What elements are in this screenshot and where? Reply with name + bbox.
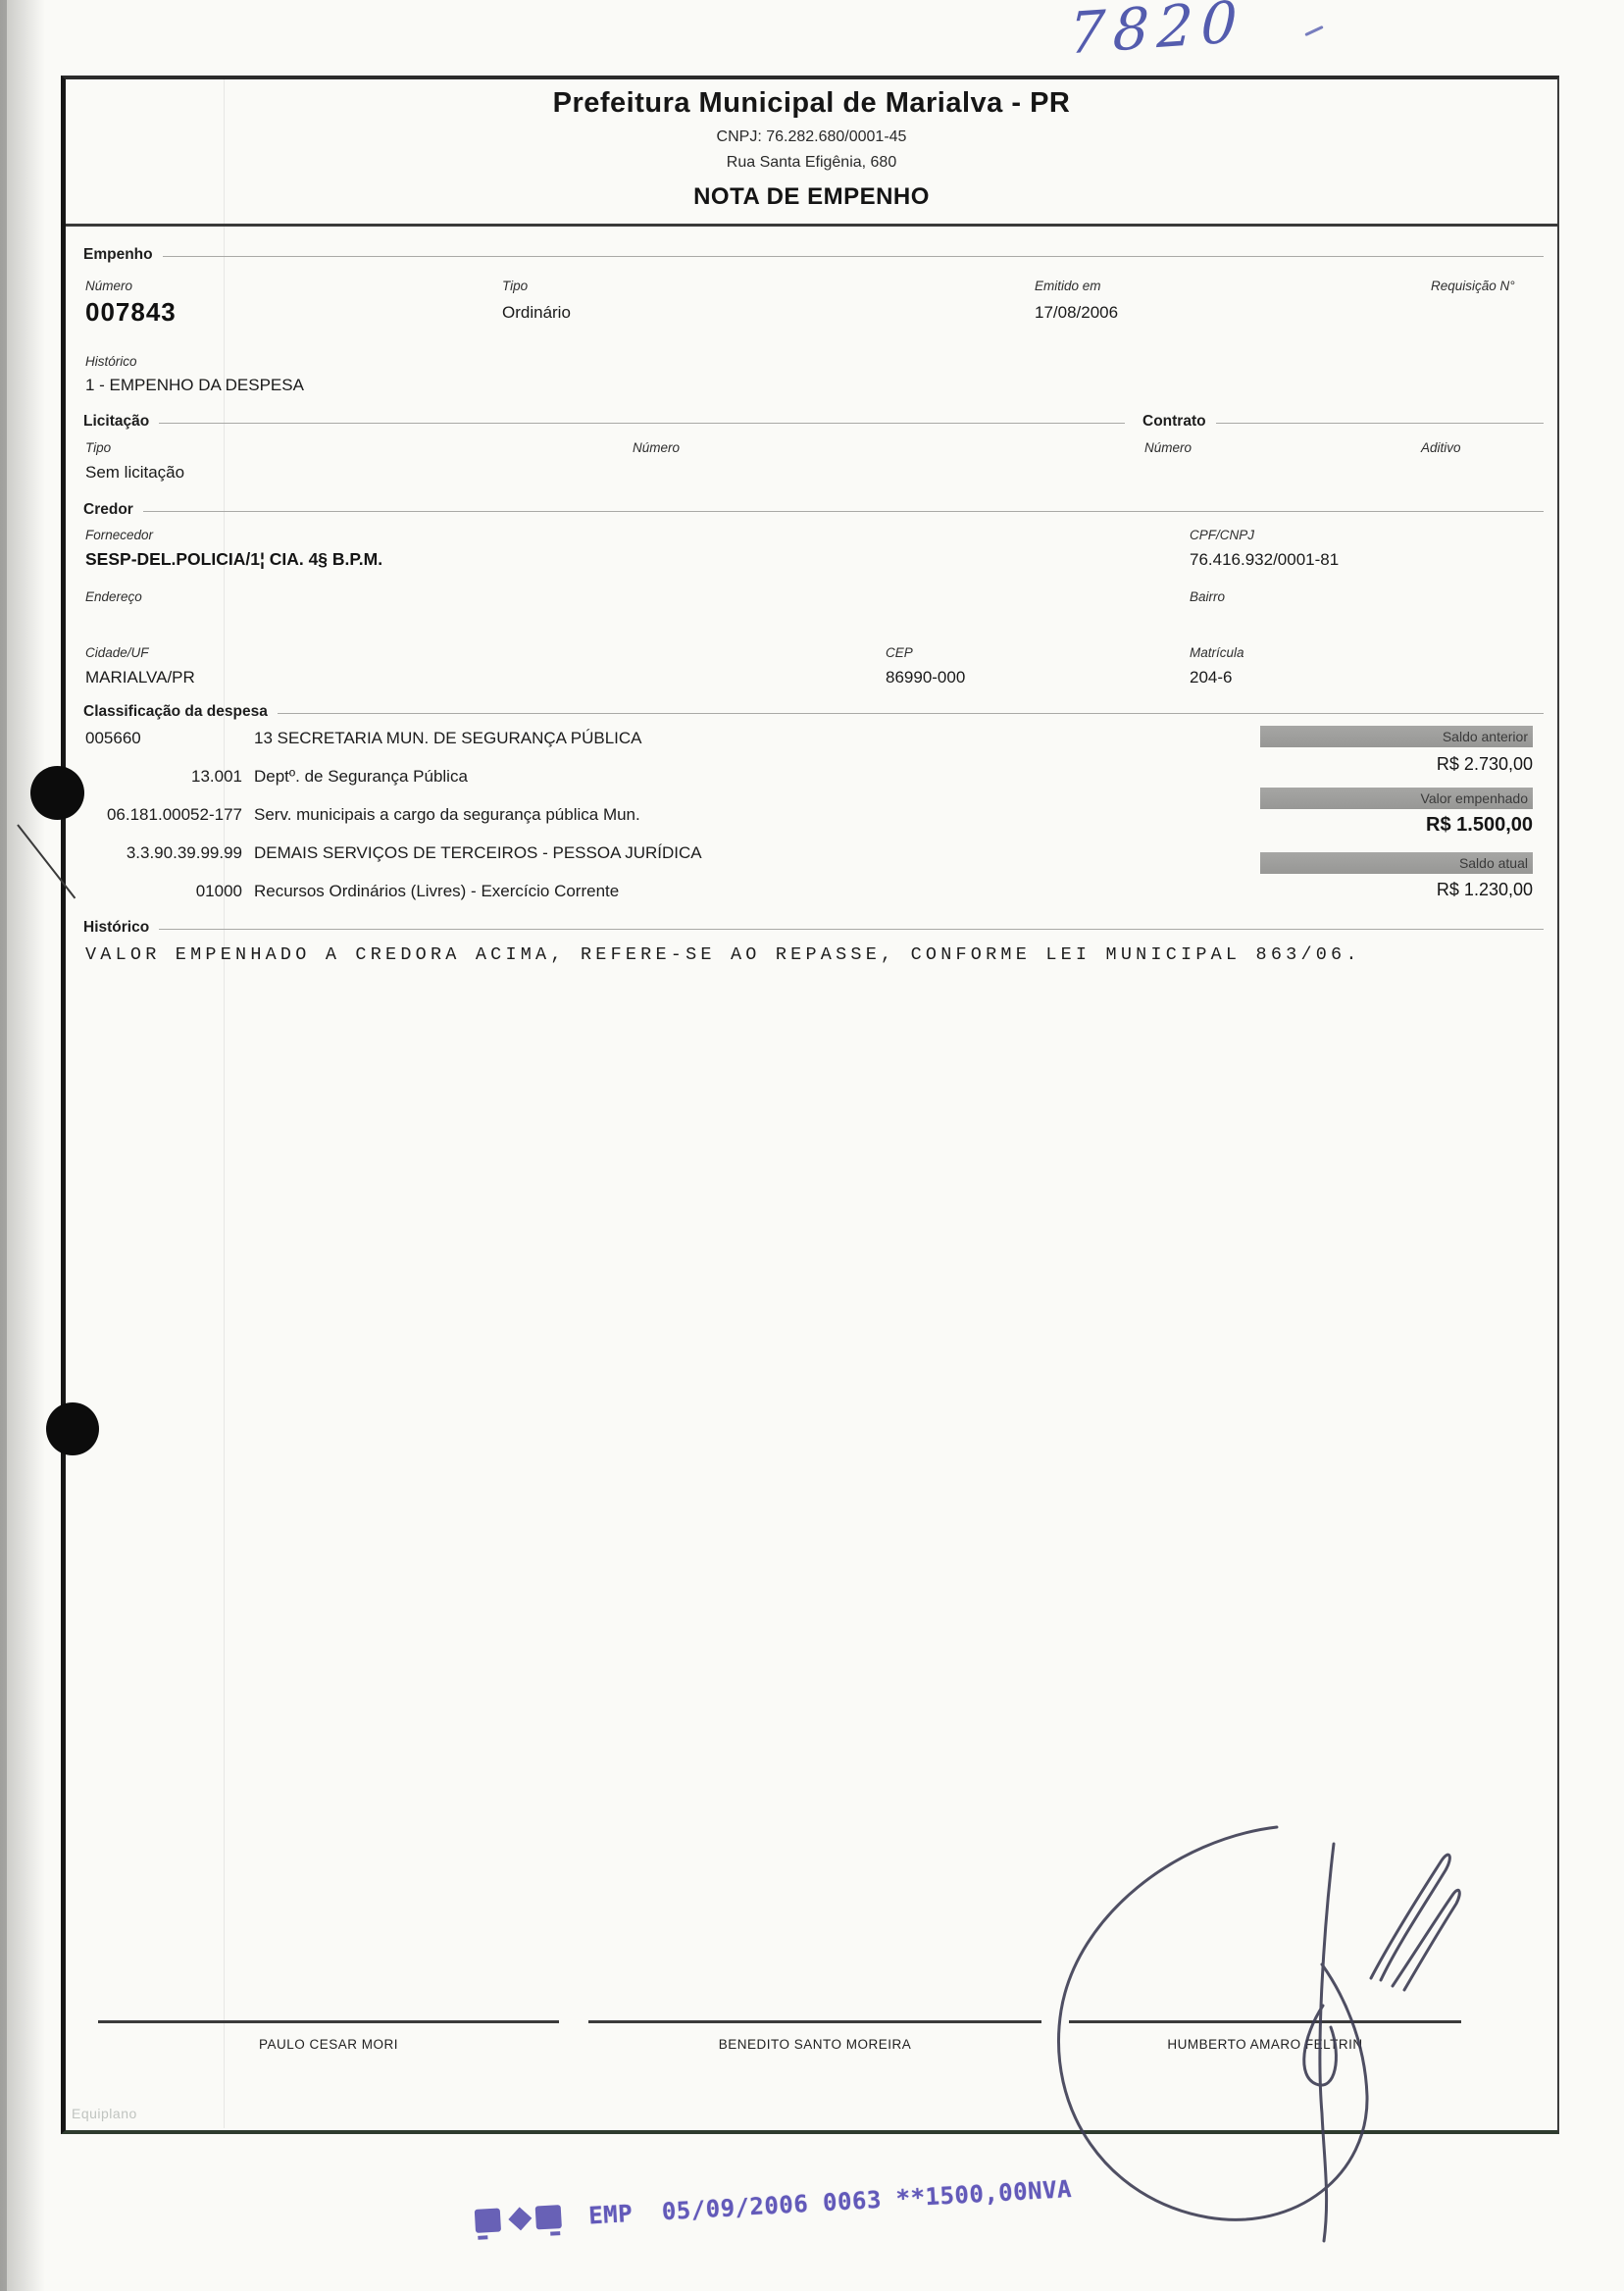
- hole-punch-bottom: [46, 1402, 99, 1455]
- fornecedor-value: SESP-DEL.POLICIA/1¦ CIA. 4§ B.P.M.: [85, 549, 382, 570]
- empenho-numero-label: Número: [85, 279, 132, 293]
- saldo-anterior-bar: Saldo anterior: [1260, 726, 1533, 747]
- header-divider: [66, 224, 1557, 227]
- licitacao-numero-label: Número: [633, 440, 680, 455]
- section-rule: [159, 423, 1125, 424]
- bairro-label: Bairro: [1190, 589, 1225, 604]
- fornecedor-label: Fornecedor: [85, 528, 153, 542]
- cpf-cnpj-value: 76.416.932/0001-81: [1190, 550, 1339, 570]
- section-rule: [1216, 423, 1544, 424]
- section-licitacao-label: Licitação: [83, 413, 149, 431]
- section-historico-label: Histórico: [83, 919, 149, 937]
- contrato-numero-label: Número: [1144, 440, 1192, 455]
- handwritten-number: 7820: [1068, 0, 1246, 67]
- cnpj-line: CNPJ: 76.282.680/0001-45: [66, 128, 1557, 146]
- document-title: NOTA DE EMPENHO: [66, 183, 1557, 211]
- valor-empenhado-value: R$ 1.500,00: [1260, 814, 1533, 837]
- section-contrato-label: Contrato: [1142, 413, 1206, 431]
- section-rule: [159, 929, 1544, 930]
- classification-row-code: 005660: [85, 729, 141, 748]
- section-classificacao: Classificação da despesa: [83, 703, 1544, 721]
- cpf-cnpj-label: CPF/CNPJ: [1190, 528, 1254, 542]
- empenho-historico-value: 1 - EMPENHO DA DESPESA: [85, 376, 304, 395]
- emitido-em-label: Emitido em: [1035, 279, 1101, 293]
- licitacao-tipo-value: Sem licitação: [85, 463, 184, 483]
- classification-row-desc: 13 SECRETARIA MUN. DE SEGURANÇA PÚBLICA: [254, 729, 642, 748]
- empenho-numero-value: 007843: [85, 297, 177, 328]
- hole-punch-top: [30, 766, 84, 820]
- section-credor-label: Credor: [83, 501, 133, 519]
- stamp-logo-icon: [472, 2197, 564, 2243]
- section-rule: [143, 511, 1544, 512]
- classification-row-desc: Serv. municipais a cargo da segurança pú…: [254, 805, 640, 825]
- classification-row-desc: Deptº. de Segurança Pública: [254, 767, 468, 787]
- endereco-label: Endereço: [85, 589, 142, 604]
- section-rule: [278, 713, 1544, 714]
- section-classificacao-label: Classificação da despesa: [83, 703, 268, 721]
- requisicao-label: Requisição N°: [1431, 279, 1515, 293]
- classification-row-desc: DEMAIS SERVIÇOS DE TERCEIROS - PESSOA JU…: [254, 843, 702, 863]
- classification-row-desc: Recursos Ordinários (Livres) - Exercício…: [254, 882, 619, 901]
- section-empenho-label: Empenho: [83, 246, 153, 264]
- section-contrato: Contrato: [1142, 413, 1544, 431]
- signatory-name: BENEDITO SANTO MOREIRA: [588, 2037, 1041, 2052]
- saldo-atual-value: R$ 1.230,00: [1260, 880, 1533, 900]
- cep-label: CEP: [886, 645, 913, 660]
- historico-text: VALOR EMPENHADO A CREDORA ACIMA, REFERE-…: [85, 944, 1361, 965]
- address-line: Rua Santa Efigênia, 680: [66, 154, 1557, 172]
- matricula-label: Matrícula: [1190, 645, 1244, 660]
- matricula-value: 204-6: [1190, 668, 1232, 687]
- cep-value: 86990-000: [886, 668, 965, 687]
- vendor-watermark: Equiplano: [72, 2106, 137, 2121]
- scanned-document-page: 7820 Prefeitura Municipal de Marialva - …: [0, 0, 1624, 2291]
- licitacao-tipo-label: Tipo: [85, 440, 111, 455]
- cidade-uf-value: MARIALVA/PR: [85, 668, 195, 687]
- saldo-anterior-value: R$ 2.730,00: [1260, 754, 1533, 775]
- classification-row-code: 01000: [66, 882, 242, 901]
- section-historico: Histórico: [83, 919, 1544, 937]
- empenho-tipo-value: Ordinário: [502, 303, 571, 323]
- signature-line: [98, 2020, 559, 2023]
- empenho-tipo-label: Tipo: [502, 279, 528, 293]
- classification-row-code: 13.001: [66, 767, 242, 787]
- section-credor: Credor: [83, 501, 1544, 519]
- signatory-name: PAULO CESAR MORI: [98, 2037, 559, 2052]
- cidade-uf-label: Cidade/UF: [85, 645, 149, 660]
- municipality-title: Prefeitura Municipal de Marialva - PR: [66, 87, 1557, 120]
- signature-line: [588, 2020, 1041, 2023]
- pen-tick-mark: [1304, 25, 1323, 36]
- classification-row-code: 3.3.90.39.99.99: [66, 843, 242, 863]
- classification-row-code: 06.181.00052-177: [66, 805, 242, 825]
- valor-empenhado-bar: Valor empenhado: [1260, 788, 1533, 809]
- empenho-historico-label: Histórico: [85, 354, 137, 369]
- section-licitacao: Licitação: [83, 413, 1125, 431]
- scan-edge-strip: [0, 0, 7, 2291]
- contrato-aditivo-label: Aditivo: [1421, 440, 1461, 455]
- emitido-em-value: 17/08/2006: [1035, 303, 1118, 323]
- section-rule: [163, 256, 1544, 257]
- section-empenho: Empenho: [83, 246, 1544, 264]
- saldo-atual-bar: Saldo atual: [1260, 852, 1533, 874]
